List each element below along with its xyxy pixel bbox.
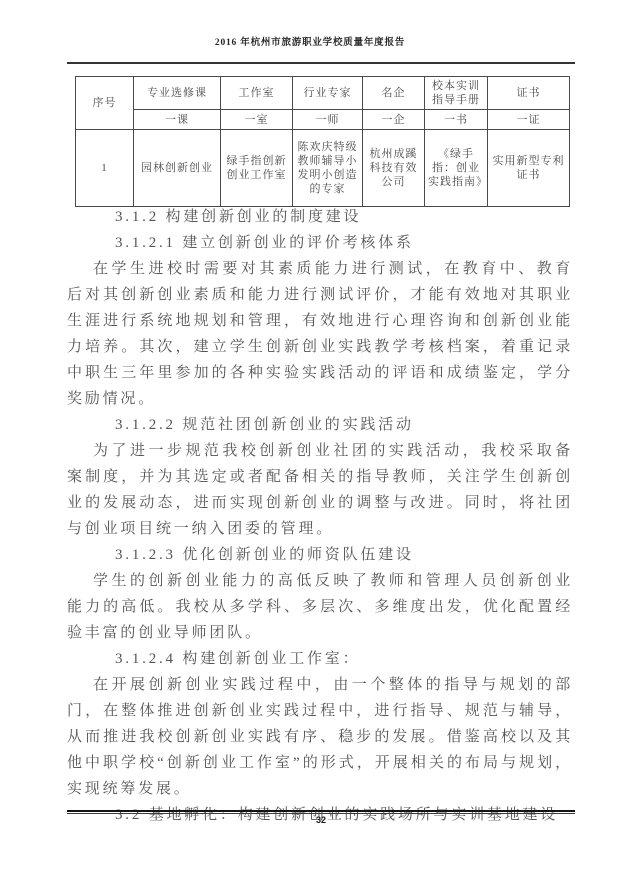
header-rule (67, 62, 575, 64)
body-paragraph: 在学生进校时需要对其素质能力进行测试，在教育中、教育后对其创新创业素质和能力进行… (67, 256, 573, 412)
page-number: 32 (67, 815, 575, 825)
cell-index: 1 (76, 130, 134, 207)
section-heading-3-1-2-4: 3.1.2.4 构建创新创业工作室： (67, 646, 573, 672)
subheader-one-company: 一企 (363, 110, 425, 130)
cell-industry-expert: 陈欢庆特级教师辅导小发明小创造的专家 (293, 130, 363, 207)
course-summary-table: 序号 专业选修课 工作室 行业专家 名企 校本实训指导手册 证书 一课 一室 一… (75, 76, 570, 207)
table-row: 1 园林创新创业 绿手指创新创业工作室 陈欢庆特级教师辅导小发明小创造的专家 杭… (76, 130, 570, 207)
section-heading-3-1-2-2: 3.1.2.2 规范社团创新创业的实践活动 (67, 412, 573, 438)
subheader-one-studio: 一室 (221, 110, 293, 130)
section-heading-3-1-2: 3.1.2 构建创新创业的制度建设 (67, 204, 573, 230)
col-header-index: 序号 (76, 77, 134, 130)
cell-elective-course: 园林创新创业 (134, 130, 221, 207)
table-subheader-row: 一课 一室 一师 一企 一书 一证 (76, 110, 570, 130)
body-paragraph: 在开展创新创业实践过程中，由一个整体的指导与规划的部门，在整体推进创新创业实践过… (67, 672, 573, 802)
footer-rule (67, 810, 575, 814)
col-header-certificate: 证书 (488, 77, 570, 110)
subheader-one-course: 一课 (134, 110, 221, 130)
subheader-one-book: 一书 (425, 110, 488, 130)
document-body: 3.1.2 构建创新创业的制度建设 3.1.2.1 建立创新创业的评价考核体系 … (67, 204, 573, 828)
cell-studio: 绿手指创新创业工作室 (221, 130, 293, 207)
section-heading-3-1-2-1: 3.1.2.1 建立创新创业的评价考核体系 (67, 230, 573, 256)
section-heading-3-1-2-3: 3.1.2.3 优化创新创业的师资队伍建设 (67, 542, 573, 568)
cell-famous-company: 杭州成蹊科技有效公司 (363, 130, 425, 207)
subheader-one-certificate: 一证 (488, 110, 570, 130)
cell-certificate: 实用新型专利证书 (488, 130, 570, 207)
body-paragraph: 学生的创新创业能力的高低反映了教师和管理人员创新创业能力的高低。我校从多学科、多… (67, 568, 573, 646)
table-header-row: 序号 专业选修课 工作室 行业专家 名企 校本实训指导手册 证书 (76, 77, 570, 110)
col-header-studio: 工作室 (221, 77, 293, 110)
subheader-one-expert: 一师 (293, 110, 363, 130)
body-paragraph: 为了进一步规范我校创新创业社团的实践活动，我校采取备案制度，并为其选定或者配备相… (67, 438, 573, 542)
col-header-famous-company: 名企 (363, 77, 425, 110)
col-header-industry-expert: 行业专家 (293, 77, 363, 110)
col-header-training-manual: 校本实训指导手册 (425, 77, 488, 110)
cell-training-manual: 《绿手指：创业实践指南》 (425, 130, 488, 207)
page-header-title: 2016 年杭州市旅游职业学校质量年度报告 (0, 34, 620, 48)
col-header-elective-course: 专业选修课 (134, 77, 221, 110)
